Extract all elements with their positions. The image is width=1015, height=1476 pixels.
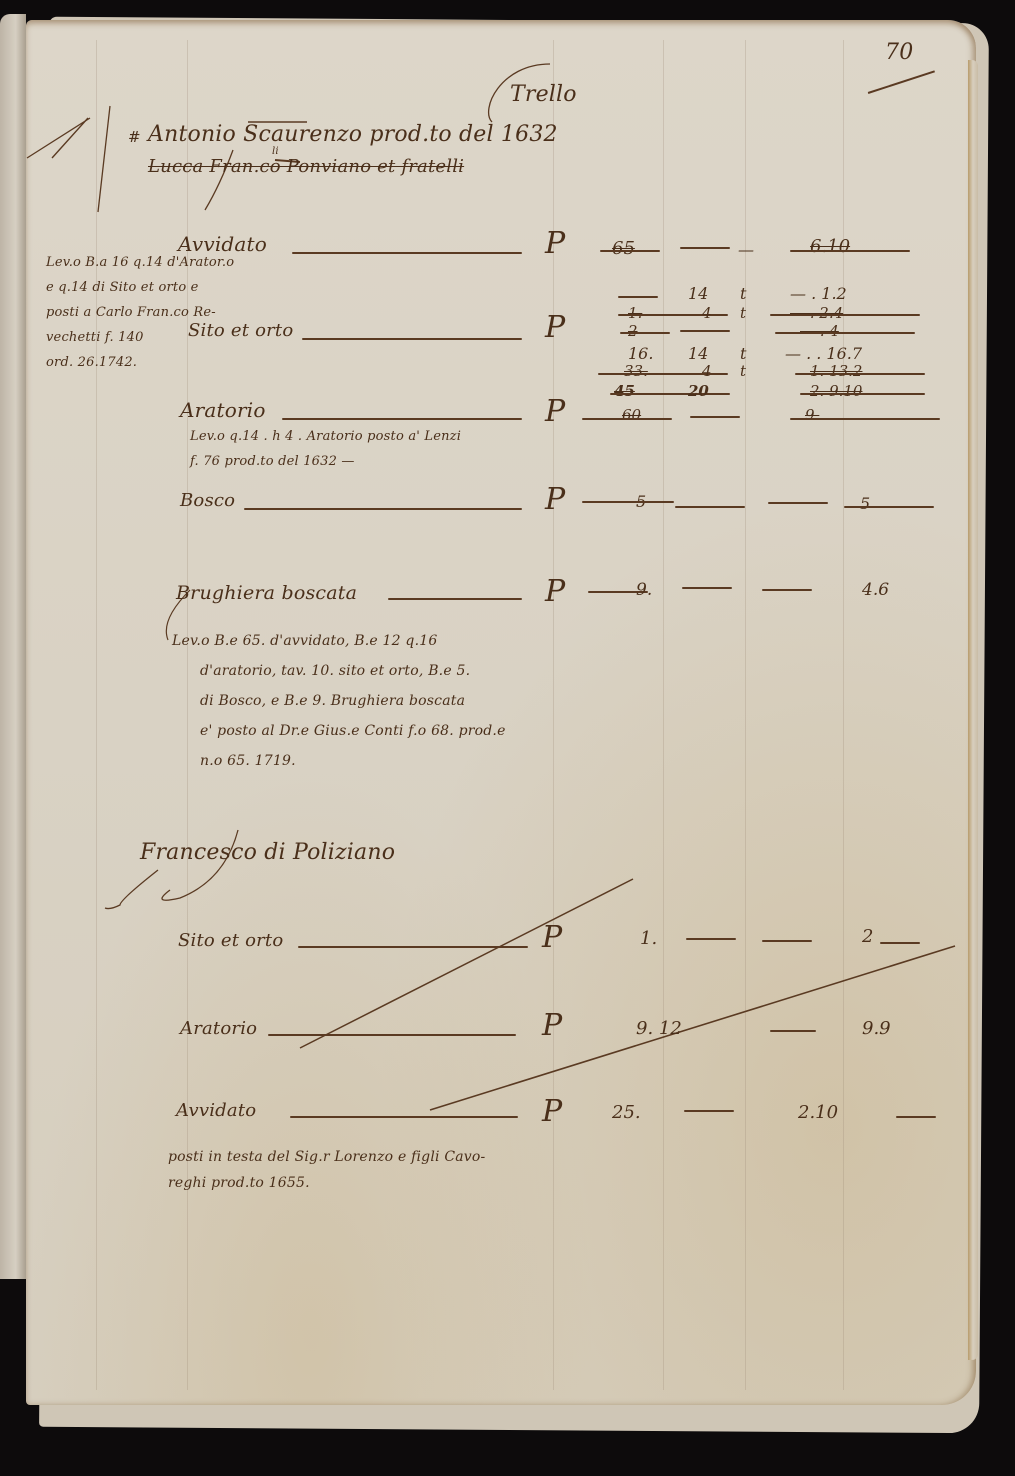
section2-heading: Francesco di Poliziano bbox=[140, 840, 395, 865]
leader-line bbox=[268, 1034, 516, 1036]
strike-line bbox=[800, 393, 925, 395]
dash-line bbox=[690, 416, 740, 418]
entry-label-aratorio-2: Aratorio bbox=[180, 1018, 257, 1039]
strike-line bbox=[620, 332, 670, 334]
leader-line bbox=[244, 508, 522, 510]
value-c4: 1. 13.2 bbox=[810, 362, 862, 380]
value-c3: t bbox=[740, 344, 746, 363]
dash-line bbox=[770, 1030, 816, 1032]
dash-line bbox=[680, 330, 730, 332]
p-mark: P bbox=[545, 226, 565, 261]
leader-line bbox=[298, 946, 528, 948]
value-c2: 4 bbox=[702, 304, 712, 322]
margin-note-line: ord. 26.1742. bbox=[46, 350, 234, 375]
entry-label-bosco: Bosco bbox=[180, 490, 235, 511]
dash-line bbox=[880, 942, 920, 944]
strike-line bbox=[582, 418, 672, 420]
value-c3: 9.9 bbox=[862, 1018, 891, 1039]
value-c4: — . 2.4 bbox=[790, 304, 843, 322]
strike-line bbox=[795, 373, 925, 375]
dash-line bbox=[762, 589, 812, 591]
note-line: reghi prod.to 1655. bbox=[168, 1170, 485, 1196]
note-line: n.o 65. 1719. bbox=[172, 746, 506, 776]
p-mark: P bbox=[542, 1094, 562, 1129]
leader-line bbox=[302, 338, 522, 340]
note-line: di Bosco, e B.e 9. Brughiera boscata bbox=[172, 686, 506, 716]
entry-label-brughiera-boscata: Brughiera boscata bbox=[176, 582, 357, 604]
section1-heading-line2-struck: Lucca Fran.co Ponviano et fratelli bbox=[148, 156, 464, 177]
margin-note-line: e q.14 di Sito et orto e bbox=[46, 275, 234, 300]
section1-marker: # bbox=[128, 128, 141, 146]
section2-note: posti in testa del Sig.r Lorenzo e figli… bbox=[168, 1144, 485, 1196]
note-line: Lev.o q.14 . h 4 . Aratorio posto a' Len… bbox=[190, 424, 461, 449]
value-c3: 2 bbox=[862, 926, 873, 947]
strike-line bbox=[775, 332, 915, 334]
value-c2: — bbox=[738, 240, 754, 259]
brughiera-note: Lev.o B.e 65. d'avvidato, B.e 12 q.16 d'… bbox=[172, 626, 506, 776]
dash-line bbox=[686, 938, 736, 940]
value-c1: 1. bbox=[640, 928, 657, 949]
dash-line bbox=[768, 502, 828, 504]
value-c3: t bbox=[740, 284, 746, 303]
value-c4: — . . 16.7 bbox=[785, 344, 862, 363]
value-c1: 65 bbox=[612, 238, 635, 259]
p-mark: P bbox=[545, 482, 565, 517]
dash-line bbox=[675, 506, 745, 508]
aratorio-note: Lev.o q.14 . h 4 . Aratorio posto a' Len… bbox=[190, 424, 461, 474]
strike-line bbox=[610, 393, 730, 395]
dash-line bbox=[762, 940, 812, 942]
p-mark: P bbox=[545, 574, 565, 609]
p-mark: P bbox=[545, 394, 565, 429]
value-c2: 20 bbox=[688, 382, 709, 400]
value-c4: 2. 9.10 bbox=[810, 382, 862, 400]
value-c2: 14 bbox=[688, 344, 708, 363]
value-c4: — . 1.2 bbox=[790, 284, 847, 303]
note-line: posti in testa del Sig.r Lorenzo e figli… bbox=[168, 1144, 485, 1170]
value-c3: 5 bbox=[860, 494, 870, 513]
strike-line bbox=[582, 501, 674, 503]
value-c1: 16. bbox=[628, 344, 653, 363]
value-c1: 9. bbox=[636, 580, 652, 600]
strike-line bbox=[600, 250, 660, 252]
leader-line bbox=[292, 252, 522, 254]
margin-note: Lev.o B.a 16 q.14 d'Arator.o e q.14 di S… bbox=[46, 250, 234, 375]
section1-heading-line1: Antonio Scaurenzo prod.to del 1632 bbox=[148, 122, 558, 147]
strike-line bbox=[790, 418, 940, 420]
entry-label-avvidato-2: Avvidato bbox=[176, 1100, 256, 1121]
dash-line bbox=[682, 587, 732, 589]
entry-label-aratorio: Aratorio bbox=[180, 398, 266, 422]
value-c3: 4.6 bbox=[862, 580, 889, 600]
ink-strokes-layer bbox=[0, 0, 1015, 1476]
value-c3: 6.10 bbox=[810, 236, 850, 257]
value-c3: 9. bbox=[805, 406, 819, 424]
leader-line bbox=[388, 598, 522, 600]
entry-label-sito-et-orto-2: Sito et orto bbox=[178, 930, 283, 951]
strike-line bbox=[770, 314, 920, 316]
value-c1: 60 bbox=[622, 406, 641, 424]
value-c1: 25. bbox=[612, 1102, 641, 1123]
strike-line bbox=[844, 506, 934, 508]
value-c1: 1. bbox=[628, 304, 642, 322]
value-c3: t bbox=[740, 362, 746, 380]
value-c3: t bbox=[740, 304, 746, 322]
p-mark: P bbox=[542, 920, 562, 955]
value-c4: — . 4 bbox=[800, 322, 839, 340]
entry-label-avvidato: Avvidato bbox=[178, 232, 267, 256]
value-c3: 2.10 bbox=[798, 1102, 838, 1123]
dash-line bbox=[896, 1116, 936, 1118]
note-line: Lev.o B.e 65. d'avvidato, B.e 12 q.16 bbox=[172, 626, 506, 656]
dash-line bbox=[618, 296, 658, 298]
dash-line bbox=[684, 1110, 734, 1112]
note-line: f. 76 prod.to del 1632 — bbox=[190, 449, 461, 474]
dash-line bbox=[680, 247, 730, 249]
leader-line bbox=[290, 1116, 518, 1118]
value-c1: 33. bbox=[624, 362, 648, 380]
value-c2: 4 bbox=[702, 362, 712, 380]
entry-label-sito-et-orto: Sito et orto bbox=[188, 320, 293, 341]
value-c1: 2 bbox=[628, 322, 638, 340]
strike-line bbox=[790, 250, 910, 252]
p-mark: P bbox=[545, 310, 565, 345]
note-line: e' posto al Dr.e Gius.e Conti f.o 68. pr… bbox=[172, 716, 506, 746]
value-c2: 14 bbox=[688, 284, 708, 303]
value-c1: 9. 12 bbox=[636, 1018, 682, 1039]
leader-line bbox=[282, 418, 522, 420]
value-c1: 45 bbox=[614, 382, 635, 400]
note-line: d'aratorio, tav. 10. sito et orto, B.e 5… bbox=[172, 656, 506, 686]
p-mark: P bbox=[542, 1008, 562, 1043]
